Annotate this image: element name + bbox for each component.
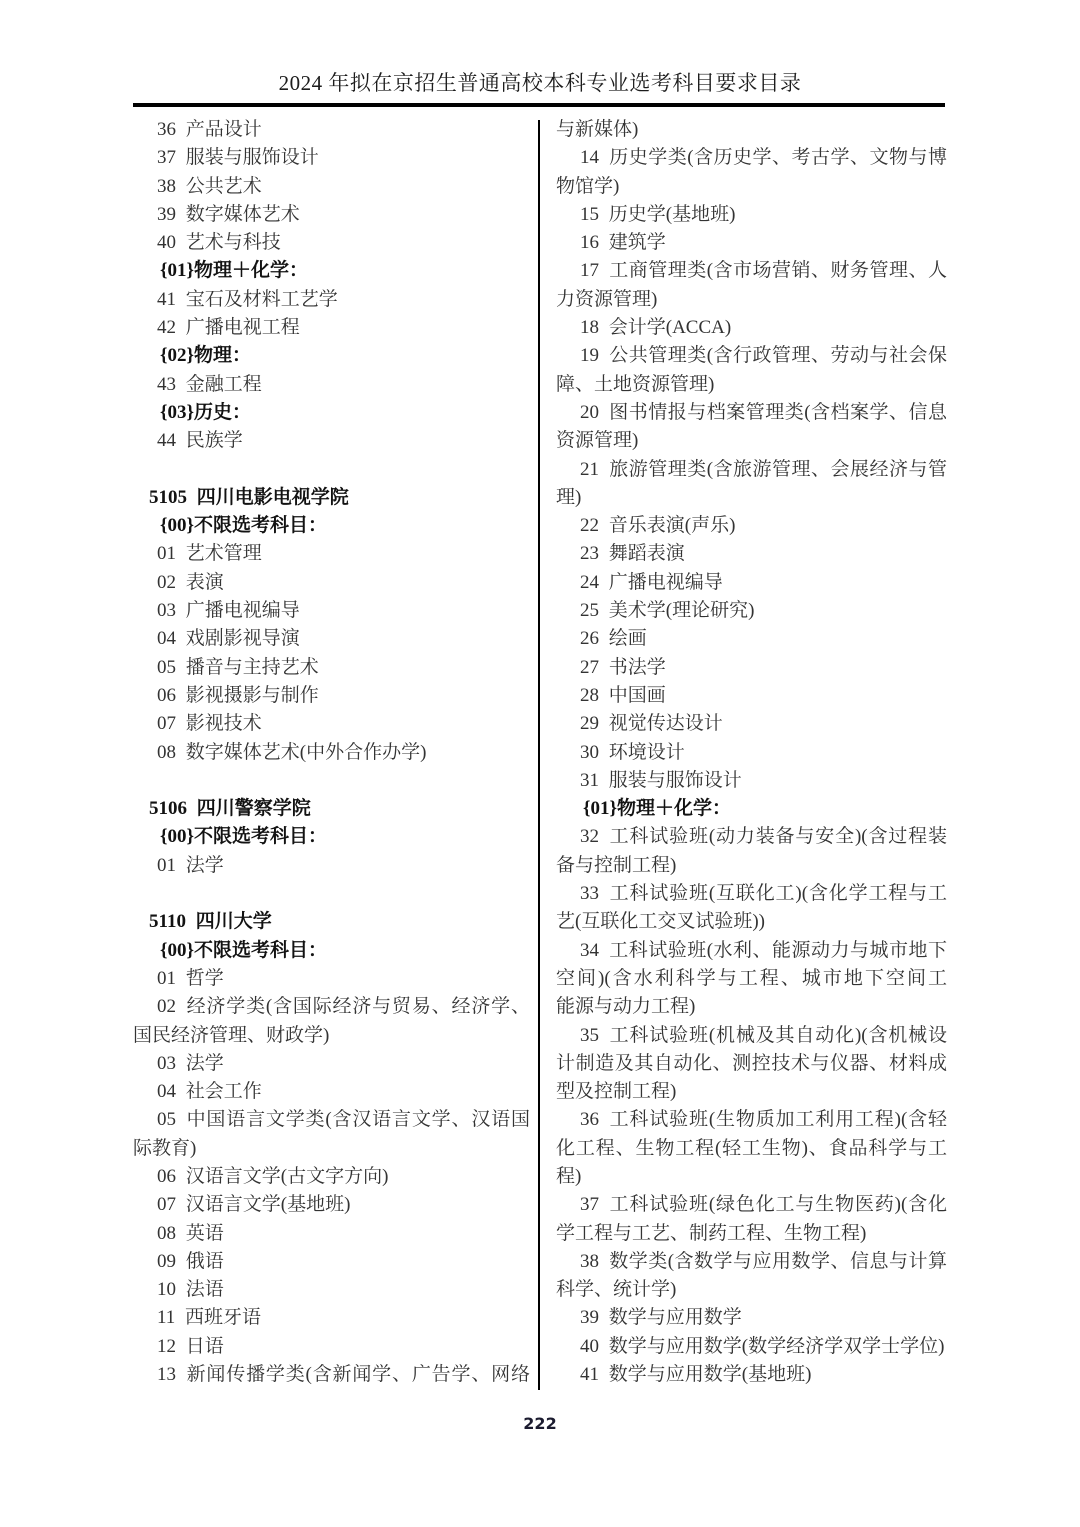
school-header-line: 5105 四川电影电视学院 [133,484,530,512]
major-item-line: 32 工科试验班(动力装备与安全)(含过程装 [556,823,947,851]
major-item-line: 04 社会工作 [133,1078,530,1106]
major-item-line: 27 书法学 [556,654,947,682]
major-item-line: 22 音乐表演(声乐) [556,512,947,540]
continuation-line: 程) [556,1163,947,1191]
continuation-line: 国民经济管理、财政学) [133,1022,530,1050]
continuation-line: 际教育) [133,1135,530,1163]
major-item-line: 37 服装与服饰设计 [133,144,530,172]
continuation-line: 空间)(含水利科学与工程、城市地下空间工程、 [556,965,947,993]
major-item-line: 08 英语 [133,1220,530,1248]
continuation-line: 与新媒体) [556,116,947,144]
major-item-line: 40 艺术与科技 [133,229,530,257]
major-item-line: 44 民族学 [133,427,530,455]
major-item-line: 01 艺术管理 [133,540,530,568]
major-item-line: 34 工科试验班(水利、能源动力与城市地下 [556,937,947,965]
major-item-line: 36 工科试验班(生物质加工利用工程)(含轻 [556,1106,947,1134]
major-item-line: 01 法学 [133,852,530,880]
major-item-line: 23 舞蹈表演 [556,540,947,568]
major-item-line: 38 公共艺术 [133,173,530,201]
major-item-line: 31 服装与服饰设计 [556,767,947,795]
subject-group-line: {00}不限选考科目： [133,823,530,851]
subject-group-line: {00}不限选考科目： [133,512,530,540]
major-item-line: 39 数字媒体艺术 [133,201,530,229]
blank-line [133,880,530,908]
subject-group-line: {01}物理＋化学： [556,795,947,823]
major-item-line: 36 产品设计 [133,116,530,144]
header-rule [133,103,945,107]
major-item-line: 05 中国语言文学类(含汉语言文学、汉语国 [133,1106,530,1134]
continuation-line: 科学、统计学) [556,1276,947,1304]
major-item-line: 17 工商管理类(含市场营销、财务管理、人 [556,257,947,285]
continuation-line: 资源管理) [556,427,947,455]
major-item-line: 28 中国画 [556,682,947,710]
major-item-line: 16 建筑学 [556,229,947,257]
continuation-line: 化工程、生物工程(轻工生物)、食品科学与工 [556,1135,947,1163]
major-item-line: 19 公共管理类(含行政管理、劳动与社会保 [556,342,947,370]
page-footer: 222 [0,1414,1080,1433]
subject-group-line: {03}历史： [133,399,530,427]
continuation-line: 备与控制工程) [556,852,947,880]
major-item-line: 05 播音与主持艺术 [133,654,530,682]
blank-line [133,767,530,795]
major-item-line: 26 绘画 [556,625,947,653]
column-divider [538,120,540,1390]
major-item-line: 37 工科试验班(绿色化工与生物医药)(含化 [556,1191,947,1219]
major-item-line: 38 数学类(含数学与应用数学、信息与计算 [556,1248,947,1276]
major-item-line: 02 经济学类(含国际经济与贸易、经济学、 [133,993,530,1021]
continuation-line: 艺(互联化工交叉试验班)) [556,908,947,936]
major-item-line: 06 汉语言文学(古文字方向) [133,1163,530,1191]
major-item-line: 04 戏剧影视导演 [133,625,530,653]
right-column: 与新媒体)14 历史学类(含历史学、考古学、文物与博物馆学)15 历史学(基地班… [556,116,947,1389]
major-item-line: 07 影视技术 [133,710,530,738]
major-item-line: 10 法语 [133,1276,530,1304]
major-item-line: 01 哲学 [133,965,530,993]
major-item-line: 14 历史学类(含历史学、考古学、文物与博 [556,144,947,172]
major-item-line: 15 历史学(基地班) [556,201,947,229]
blank-line [133,456,530,484]
major-item-line: 11 西班牙语 [133,1304,530,1332]
document-page: 2024 年拟在京招生普通高校本科专业选考科目要求目录 36 产品设计37 服装… [0,0,1080,1527]
continuation-line: 学工程与工艺、制药工程、生物工程) [556,1220,947,1248]
major-item-line: 02 表演 [133,569,530,597]
continuation-line: 障、土地资源管理) [556,371,947,399]
major-item-line: 12 日语 [133,1333,530,1361]
continuation-line: 物馆学) [556,173,947,201]
subject-group-line: {02}物理： [133,342,530,370]
major-item-line: 43 金融工程 [133,371,530,399]
major-item-line: 42 广播电视工程 [133,314,530,342]
major-item-line: 39 数学与应用数学 [556,1304,947,1332]
major-item-line: 07 汉语言文学(基地班) [133,1191,530,1219]
continuation-line: 计制造及其自动化、测控技术与仪器、材料成 [556,1050,947,1078]
school-header-line: 5106 四川警察学院 [133,795,530,823]
major-item-line: 21 旅游管理类(含旅游管理、会展经济与管 [556,456,947,484]
major-item-line: 25 美术学(理论研究) [556,597,947,625]
continuation-line: 力资源管理) [556,286,947,314]
major-item-line: 18 会计学(ACCA) [556,314,947,342]
major-item-line: 06 影视摄影与制作 [133,682,530,710]
major-item-line: 03 法学 [133,1050,530,1078]
major-item-line: 30 环境设计 [556,739,947,767]
major-item-line: 33 工科试验班(互联化工)(含化学工程与工 [556,880,947,908]
major-item-line: 29 视觉传达设计 [556,710,947,738]
major-item-line: 20 图书情报与档案管理类(含档案学、信息 [556,399,947,427]
major-item-line: 08 数字媒体艺术(中外合作办学) [133,739,530,767]
major-item-line: 41 数学与应用数学(基地班) [556,1361,947,1389]
major-item-line: 35 工科试验班(机械及其自动化)(含机械设 [556,1022,947,1050]
page-title: 2024 年拟在京招生普通高校本科专业选考科目要求目录 [0,70,1080,96]
continuation-line: 理) [556,484,947,512]
major-item-line: 13 新闻传播学类(含新闻学、广告学、网络 [133,1361,530,1389]
major-item-line: 03 广播电视编导 [133,597,530,625]
continuation-line: 型及控制工程) [556,1078,947,1106]
school-header-line: 5110 四川大学 [133,908,530,936]
subject-group-line: {00}不限选考科目： [133,937,530,965]
major-item-line: 24 广播电视编导 [556,569,947,597]
major-item-line: 09 俄语 [133,1248,530,1276]
subject-group-line: {01}物理＋化学： [133,257,530,285]
major-item-line: 41 宝石及材料工艺学 [133,286,530,314]
page-number: 222 [523,1414,556,1433]
content-area: 36 产品设计37 服装与服饰设计38 公共艺术39 数字媒体艺术40 艺术与科… [133,116,945,1394]
major-item-line: 40 数学与应用数学(数学经济学双学士学位) [556,1333,947,1361]
continuation-line: 能源与动力工程) [556,993,947,1021]
left-column: 36 产品设计37 服装与服饰设计38 公共艺术39 数字媒体艺术40 艺术与科… [133,116,530,1389]
